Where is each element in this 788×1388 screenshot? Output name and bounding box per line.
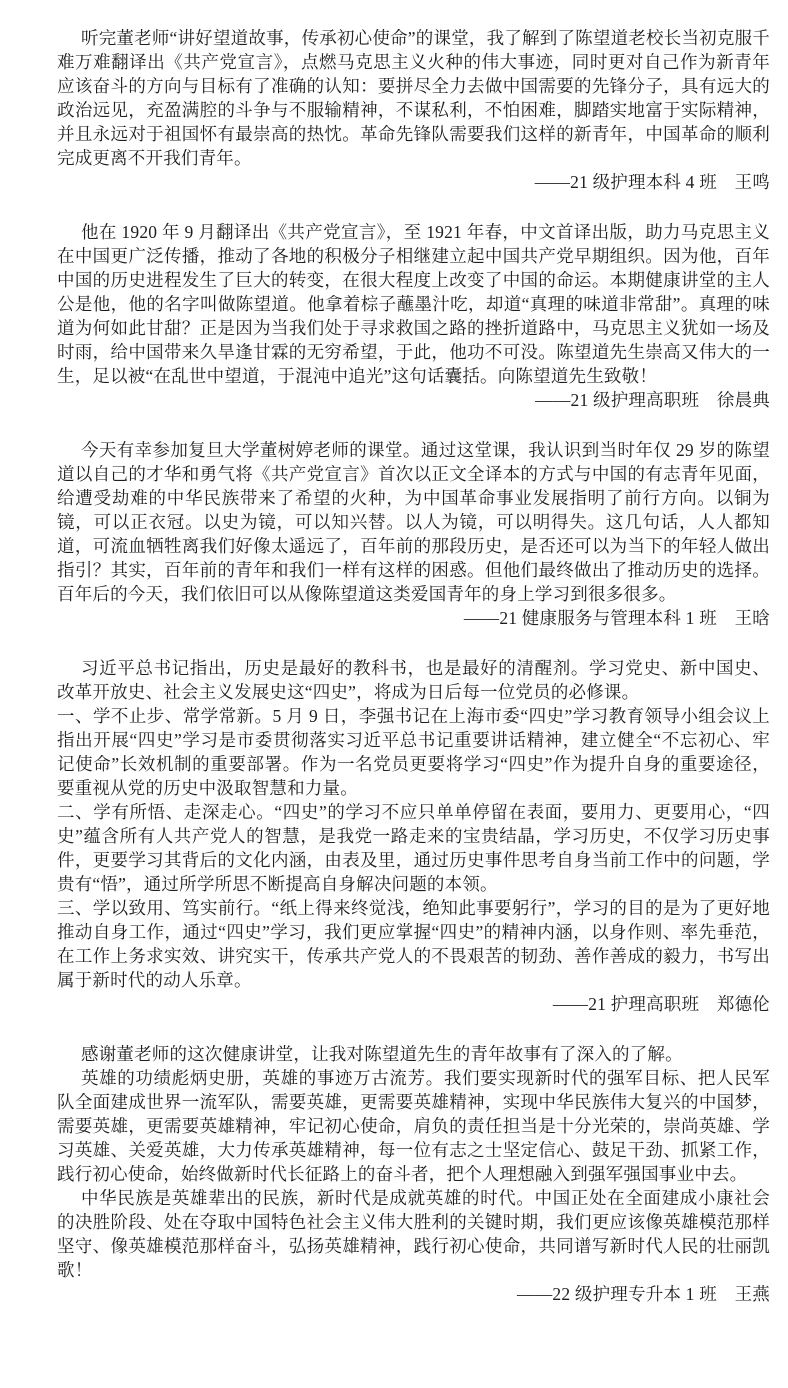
reflection-paragraph: 感谢董老师的这次健康讲堂，让我对陈望道先生的青年故事有了深入的了解。	[57, 1042, 770, 1066]
signature-line: ——21 健康服务与管理本科 1 班 王晗	[57, 606, 770, 630]
reflection-paragraph: 英雄的功绩彪炳史册，英雄的事迹万古流芳。我们要实现新时代的强军目标、把人民军队全…	[57, 1066, 770, 1186]
reflection-paragraph: 今天有幸参加复旦大学董树婷老师的课堂。通过这堂课，我认识到当时年仅 29 岁的陈…	[57, 438, 770, 606]
signature-line: ——21 级护理高职班 徐晨典	[57, 388, 770, 412]
reflection-paragraph-item-2: 二、学有所悟、走深走心。“四史”的学习不应只单单停留在表面，要用力、更要用心，“…	[57, 800, 770, 896]
reflection-paragraph: 中华民族是英雄辈出的民族，新时代是成就英雄的时代。中国正处在全面建成小康社会的决…	[57, 1186, 770, 1282]
reflection-section-4: 习近平总书记指出，历史是最好的教科书，也是最好的清醒剂。学习党史、新中国史、改革…	[57, 656, 770, 1016]
signature-line: ——22 级护理专升本 1 班 王燕	[57, 1282, 770, 1306]
reflection-paragraph: 听完董老师“讲好望道故事，传承初心使命”的课堂，我了解到了陈望道老校长当初克服千…	[57, 26, 770, 170]
reflection-paragraph: 他在 1920 年 9 月翻译出《共产党宣言》，至 1921 年春，中文首译出版…	[57, 220, 770, 388]
reflection-section-5: 感谢董老师的这次健康讲堂，让我对陈望道先生的青年故事有了深入的了解。 英雄的功绩…	[57, 1042, 770, 1306]
reflection-section-1: 听完董老师“讲好望道故事，传承初心使命”的课堂，我了解到了陈望道老校长当初克服千…	[57, 26, 770, 194]
document-page: 听完董老师“讲好望道故事，传承初心使命”的课堂，我了解到了陈望道老校长当初克服千…	[0, 0, 788, 1388]
reflection-paragraph-item-1: 一、学不止步、常学常新。5 月 9 日，李强书记在上海市委“四史”学习教育领导小…	[57, 704, 770, 800]
reflection-paragraph-item-3: 三、学以致用、笃实前行。“纸上得来终觉浅，绝知此事要躬行”，学习的目的是为了更好…	[57, 896, 770, 992]
reflection-section-2: 他在 1920 年 9 月翻译出《共产党宣言》，至 1921 年春，中文首译出版…	[57, 220, 770, 412]
signature-line: ——21 级护理本科 4 班 王鸣	[57, 170, 770, 194]
reflection-section-3: 今天有幸参加复旦大学董树婷老师的课堂。通过这堂课，我认识到当时年仅 29 岁的陈…	[57, 438, 770, 630]
reflection-paragraph: 习近平总书记指出，历史是最好的教科书，也是最好的清醒剂。学习党史、新中国史、改革…	[57, 656, 770, 704]
signature-line: ——21 护理高职班 郑德伦	[57, 992, 770, 1016]
